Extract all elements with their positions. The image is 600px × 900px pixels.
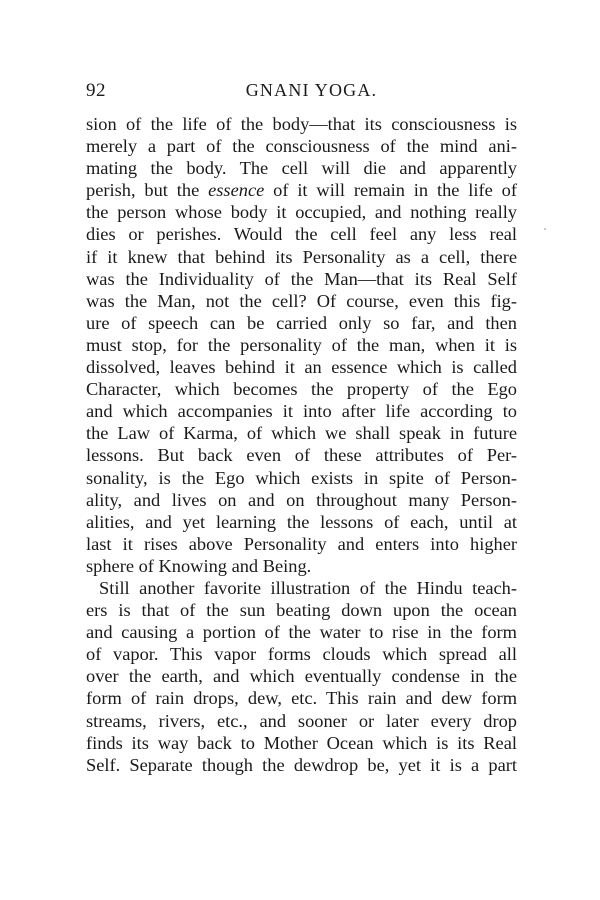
text-line: must stop, for the personality of the ma… <box>86 334 517 356</box>
text-line: and causing a portion of the water to ri… <box>86 621 517 643</box>
text-line: sphere of Knowing and Being. <box>86 555 517 577</box>
text-line: mating the body. The cell will die and a… <box>86 157 517 179</box>
text-line: perish, but the essence of it will remai… <box>86 179 517 201</box>
text-line: sion of the life of the body—that its co… <box>86 113 517 135</box>
paragraph-1: sion of the life of the body—that its co… <box>86 113 517 577</box>
text-line: lessons. But back even of these attribut… <box>86 444 517 466</box>
text-line: if it knew that behind its Personality a… <box>86 246 517 268</box>
text-line: of vapor. This vapor forms clouds which … <box>86 643 517 665</box>
text-line: dissolved, leaves behind it an essence w… <box>86 356 517 378</box>
text-line: form of rain drops, dew, etc. This rain … <box>86 687 517 709</box>
text-line: ure of speech can be carried only so far… <box>86 312 517 334</box>
text-run: of it will remain in the life of <box>264 180 517 200</box>
text-line: was the Individuality of the Man—that it… <box>86 268 517 290</box>
text-line: streams, rivers, etc., and sooner or lat… <box>86 710 517 732</box>
text-line: sonality, is the Ego which exists in spi… <box>86 467 517 489</box>
running-head: 92 GNANI YOGA. <box>86 78 517 102</box>
text-line: Character, which becomes the property of… <box>86 378 517 400</box>
text-line: over the earth, and which eventually con… <box>86 665 517 687</box>
emphasis-essence: essence <box>208 180 264 200</box>
text-line: ality, and lives on and on throughout ma… <box>86 489 517 511</box>
text-line: ers is that of the sun beating down upon… <box>86 599 517 621</box>
text-line: the Law of Karma, of which we shall spea… <box>86 422 517 444</box>
text-line: the person whose body it occupied, and n… <box>86 201 517 223</box>
text-line: Still another favorite illustration of t… <box>86 577 517 599</box>
text-line: and which accompanies it into after life… <box>86 400 517 422</box>
paragraph-2: Still another favorite illustration of t… <box>86 577 517 776</box>
text-line: dies or perishes. Would the cell feel an… <box>86 223 517 245</box>
text-line: Self. Separate though the dewdrop be, ye… <box>86 754 517 776</box>
text-line: finds its way back to Mother Ocean which… <box>86 732 517 754</box>
body-text: sion of the life of the body—that its co… <box>86 113 517 776</box>
text-line: was the Man, not the cell? Of course, ev… <box>86 290 517 312</box>
text-line: last it rises above Personality and ente… <box>86 533 517 555</box>
scan-speck <box>544 228 546 230</box>
running-title: GNANI YOGA. <box>86 78 517 102</box>
book-page: 92 GNANI YOGA. sion of the life of the b… <box>0 0 600 900</box>
text-run: perish, but the <box>86 180 208 200</box>
text-line: alities, and yet learning the lessons of… <box>86 511 517 533</box>
text-line: merely a part of the consciousness of th… <box>86 135 517 157</box>
